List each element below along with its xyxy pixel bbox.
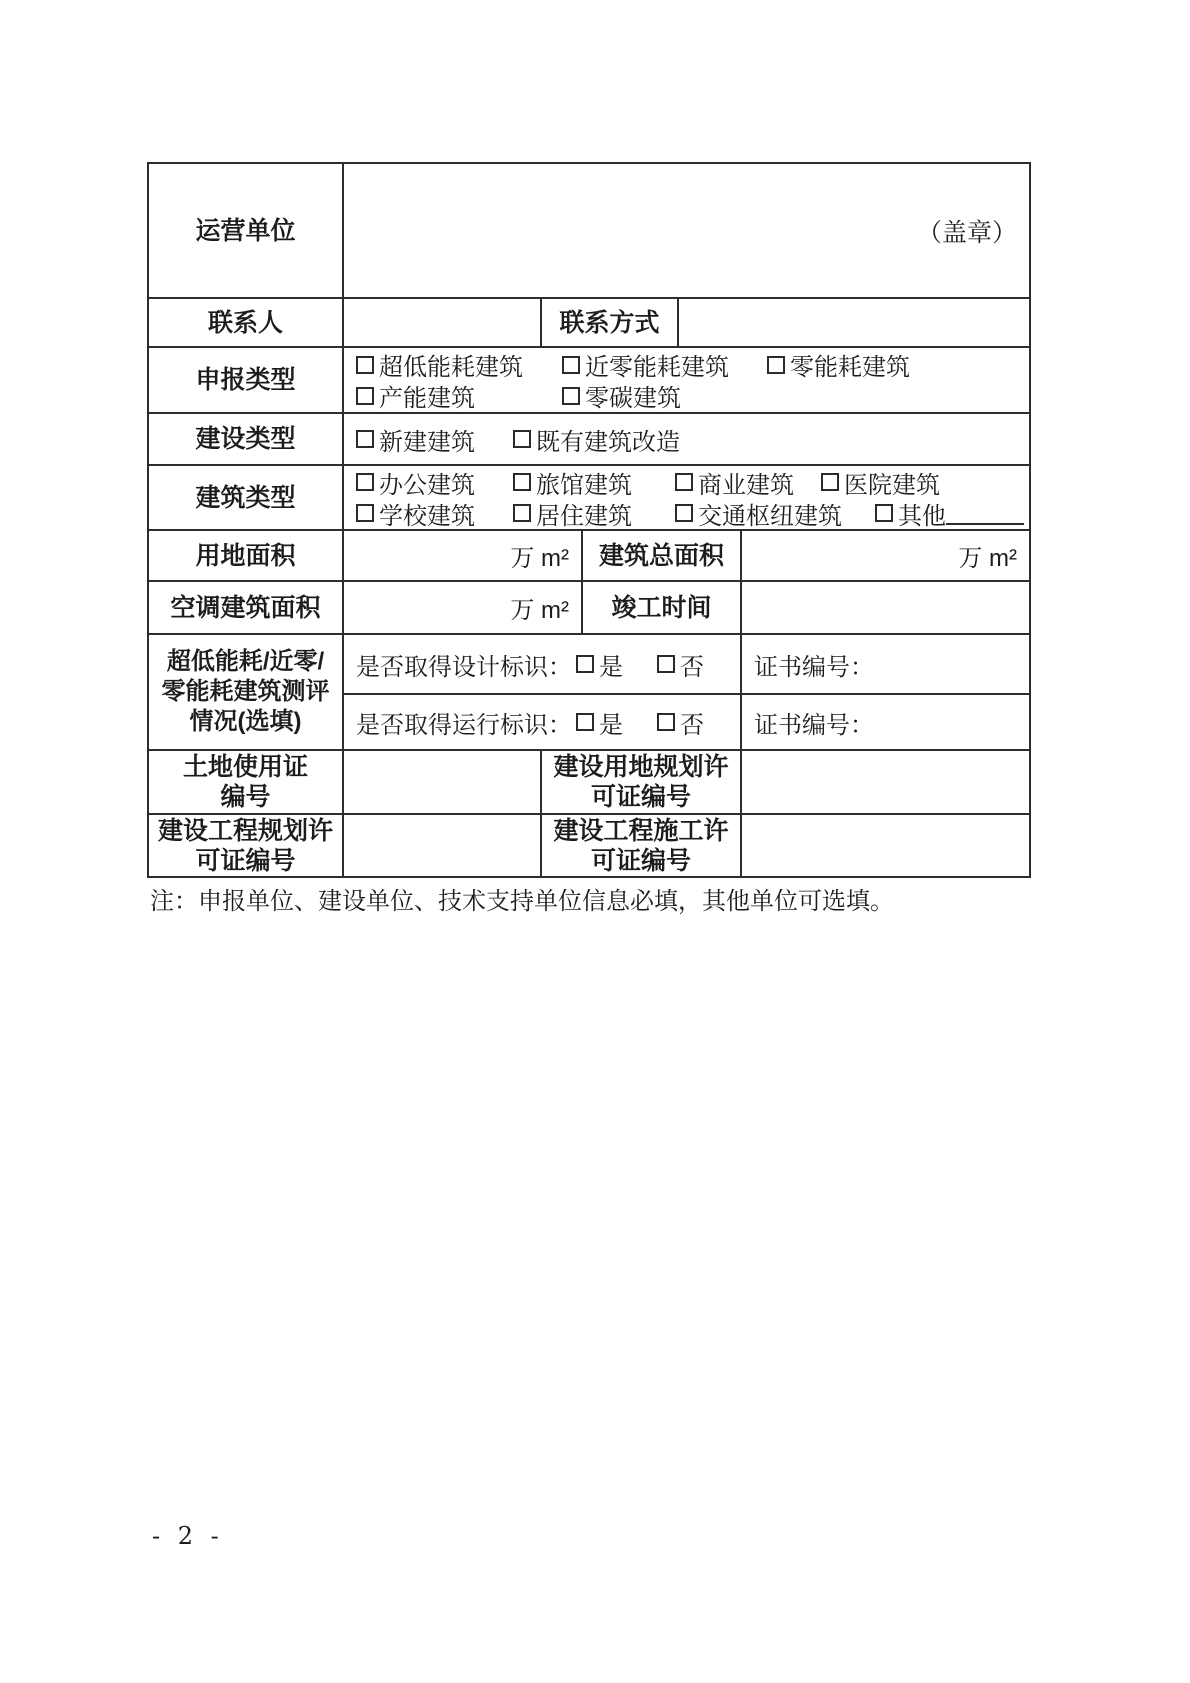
option-ultra-low-energy: 超低能耗建筑 [356,347,562,382]
option-school: 学校建筑 [356,496,513,531]
checkbox-icon [657,713,675,731]
contact-method-value-cell [678,298,1030,347]
operation-yes-option: 是 [576,705,623,740]
cert-number-label: 证书编号： [754,654,874,681]
operation-cert-number-cell: 证书编号： [741,694,1030,750]
checkbox-icon [513,430,531,448]
land-area-unit: 万 m² [510,545,569,572]
apply-type-row: 申报类型 超低能耗建筑 近零能耗建筑 零能耗建筑 产能建筑 零碳建筑 [148,347,1030,413]
checkbox-icon [576,713,594,731]
option-zero-carbon: 零碳建筑 [562,378,681,413]
design-mark-question-cell: 是否取得设计标识： 是 否 [343,634,741,694]
footnote-text: 注：申报单位、建设单位、技术支持单位信息必填，其他单位可选填。 [150,881,894,916]
checkbox-icon [356,430,374,448]
checkbox-icon [513,473,531,491]
checkbox-icon [767,356,785,374]
building-type-options-cell: 办公建筑 旅馆建筑 商业建筑 医院建筑 学校建筑 居住建筑 交通枢纽建筑 其他 [343,465,1030,530]
other-fill-blank-line [946,501,1024,525]
land-planning-permit-label: 建设用地规划许 可证编号 [541,750,741,814]
seal-hint: （盖章） [917,219,1017,247]
evaluation-label: 超低能耗/近零/ 零能耗建筑测评 情况(选填) [148,634,343,750]
page-number: - 2 - [152,1522,224,1550]
total-area-unit: 万 m² [958,545,1017,572]
operator-row: 运营单位 （盖章） [148,163,1030,298]
project-planning-permit-label: 建设工程规划许 可证编号 [148,814,343,877]
land-area-value-cell: 万 m² [343,530,582,581]
checkbox-icon [356,473,374,491]
option-hotel: 旅馆建筑 [513,465,675,500]
ac-area-label: 空调建筑面积 [148,581,343,634]
apply-type-label: 申报类型 [148,347,343,413]
design-cert-number-cell: 证书编号： [741,634,1030,694]
option-residential: 居住建筑 [513,496,675,531]
construction-type-label: 建设类型 [148,413,343,465]
land-use-cert-value-cell [343,750,541,814]
building-type-label: 建筑类型 [148,465,343,530]
option-transport-hub: 交通枢纽建筑 [675,496,875,531]
operator-unit-value-cell: （盖章） [343,163,1030,298]
option-commercial: 商业建筑 [675,465,821,500]
project-planning-permit-value-cell [343,814,541,877]
checkbox-icon [562,387,580,405]
option-near-zero-energy: 近零能耗建筑 [562,347,767,382]
completion-time-value-cell [741,581,1030,634]
apply-type-options-cell: 超低能耗建筑 近零能耗建筑 零能耗建筑 产能建筑 零碳建筑 [343,347,1030,413]
option-office: 办公建筑 [356,465,513,500]
ac-area-value-cell: 万 m² [343,581,582,634]
building-type-row: 建筑类型 办公建筑 旅馆建筑 商业建筑 医院建筑 学校建筑 居住建筑 交通枢纽建… [148,465,1030,530]
option-hospital: 医院建筑 [821,465,940,500]
contact-row: 联系人 联系方式 [148,298,1030,347]
construction-type-row: 建设类型 新建建筑 既有建筑改造 [148,413,1030,465]
evaluation-design-row: 超低能耗/近零/ 零能耗建筑测评 情况(选填) 是否取得设计标识： 是 否 证书… [148,634,1030,694]
checkbox-icon [821,473,839,491]
ac-area-row: 空调建筑面积 万 m² 竣工时间 [148,581,1030,634]
option-other: 其他 [875,496,1024,531]
checkbox-icon [356,356,374,374]
option-zero-energy: 零能耗建筑 [767,347,910,382]
construction-permit-label: 建设工程施工许 可证编号 [541,814,741,877]
land-use-cert-label: 土地使用证 编号 [148,750,343,814]
contact-method-label: 联系方式 [541,298,678,347]
option-new-building: 新建建筑 [356,422,513,457]
operation-mark-question: 是否取得运行标识： [356,705,572,740]
design-no-option: 否 [657,647,704,682]
checkbox-icon [675,504,693,522]
land-area-label: 用地面积 [148,530,343,581]
operator-unit-label: 运营单位 [148,163,343,298]
total-area-value-cell: 万 m² [741,530,1030,581]
checkbox-icon [675,473,693,491]
construction-permit-value-cell [741,814,1030,877]
checkbox-icon [562,356,580,374]
checkbox-icon [576,655,594,673]
design-mark-question: 是否取得设计标识： [356,647,572,682]
project-cert-row: 建设工程规划许 可证编号 建设工程施工许 可证编号 [148,814,1030,877]
project-info-table: 运营单位 （盖章） 联系人 联系方式 申报类型 超低能耗建筑 近零能耗建筑 零能… [147,162,1031,878]
contact-label: 联系人 [148,298,343,347]
option-existing-retrofit: 既有建筑改造 [513,422,680,457]
operation-mark-question-cell: 是否取得运行标识： 是 否 [343,694,741,750]
checkbox-icon [356,504,374,522]
construction-type-options-cell: 新建建筑 既有建筑改造 [343,413,1030,465]
checkbox-icon [356,387,374,405]
design-yes-option: 是 [576,647,623,682]
land-cert-row: 土地使用证 编号 建设用地规划许 可证编号 [148,750,1030,814]
contact-value-cell [343,298,541,347]
land-planning-permit-value-cell [741,750,1030,814]
checkbox-icon [657,655,675,673]
cert-number-label: 证书编号： [754,712,874,739]
checkbox-icon [513,504,531,522]
completion-time-label: 竣工时间 [582,581,741,634]
operation-no-option: 否 [657,705,704,740]
ac-area-unit: 万 m² [510,597,569,624]
land-area-row: 用地面积 万 m² 建筑总面积 万 m² [148,530,1030,581]
checkbox-icon [875,504,893,522]
total-area-label: 建筑总面积 [582,530,741,581]
option-energy-producing: 产能建筑 [356,378,562,413]
